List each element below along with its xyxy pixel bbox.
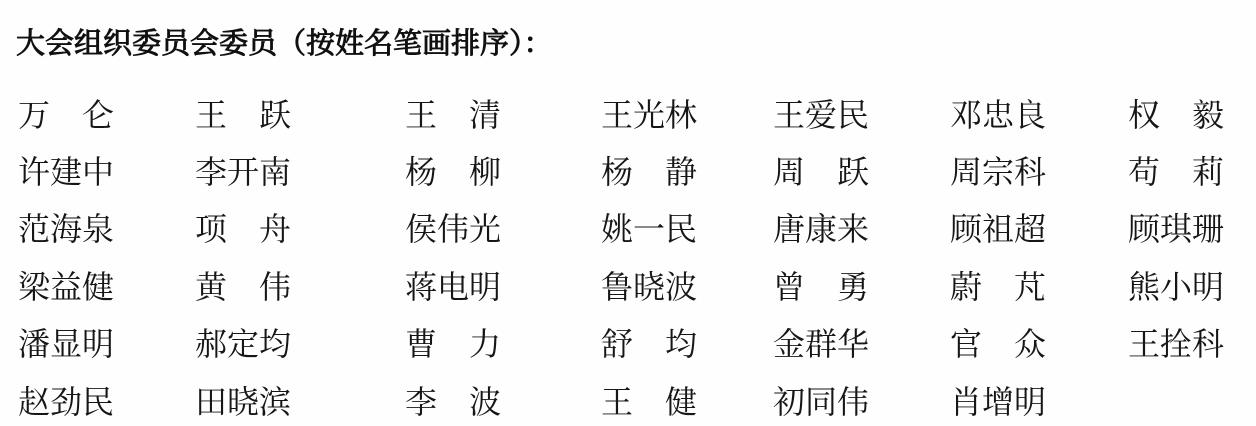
member-name: 杨 柳: [405, 156, 601, 188]
member-name: 范海泉: [18, 213, 195, 245]
member-name: 项 舟: [195, 213, 405, 245]
member-name: 杨 静: [601, 156, 773, 188]
member-name: 姚一民: [601, 213, 773, 245]
member-name: 鲁晓波: [601, 271, 773, 303]
member-name: 王拴科: [1128, 328, 1256, 360]
member-row: 潘显明 郝定均 曹 力 舒 均 金群华 官 众 王拴科: [18, 316, 1256, 373]
member-roster: 万 仑 王 跃 王 清 王光林 王爱民 邓忠良 权 毅 许建中 李开南 杨 柳 …: [18, 86, 1256, 426]
member-name: 梁益健: [18, 271, 195, 303]
member-name: 郝定均: [195, 328, 405, 360]
member-name: 侯伟光: [405, 213, 601, 245]
member-name: 初同伟: [773, 386, 950, 418]
member-name: 赵劲民: [18, 386, 195, 418]
member-name: 唐康来: [773, 213, 950, 245]
member-name: 李开南: [195, 156, 405, 188]
member-name: 李 波: [405, 386, 601, 418]
member-row: 赵劲民 田晓滨 李 波 王 健 初同伟 肖增明: [18, 373, 1256, 426]
member-name: 蒋电明: [405, 271, 601, 303]
page-title: 大会组织委员会委员（按姓名笔画排序）：: [16, 26, 553, 62]
member-name: 权 毅: [1128, 99, 1256, 131]
member-row: 万 仑 王 跃 王 清 王光林 王爱民 邓忠良 权 毅: [18, 86, 1256, 143]
member-name: 潘显明: [18, 328, 195, 360]
member-row: 范海泉 项 舟 侯伟光 姚一民 唐康来 顾祖超 顾琪珊: [18, 201, 1256, 258]
member-name: 邓忠良: [950, 99, 1128, 131]
member-name: 肖增明: [950, 386, 1128, 418]
member-name: 王爱民: [773, 99, 950, 131]
member-name: 顾祖超: [950, 213, 1128, 245]
member-name: 王 健: [601, 386, 773, 418]
document-page: 大会组织委员会委员（按姓名笔画排序）： 万 仑 王 跃 王 清 王光林 王爱民 …: [0, 0, 1256, 426]
member-name: 蔚 芃: [950, 271, 1128, 303]
member-name: 黄 伟: [195, 271, 405, 303]
member-name: 熊小明: [1128, 271, 1256, 303]
member-name: 苟 莉: [1128, 156, 1256, 188]
member-name: 万 仑: [18, 99, 195, 131]
member-name: 王 清: [405, 99, 601, 131]
member-name: 曾 勇: [773, 271, 950, 303]
member-name: 金群华: [773, 328, 950, 360]
member-name: 周 跃: [773, 156, 950, 188]
member-name: 周宗科: [950, 156, 1128, 188]
member-name: 王光林: [601, 99, 773, 131]
member-name: 田晓滨: [195, 386, 405, 418]
member-name: 官 众: [950, 328, 1128, 360]
member-row: 许建中 李开南 杨 柳 杨 静 周 跃 周宗科 苟 莉: [18, 143, 1256, 200]
member-name: 舒 均: [601, 328, 773, 360]
member-row: 梁益健 黄 伟 蒋电明 鲁晓波 曾 勇 蔚 芃 熊小明: [18, 258, 1256, 315]
member-name: 王 跃: [195, 99, 405, 131]
member-name: 曹 力: [405, 328, 601, 360]
member-name: 顾琪珊: [1128, 213, 1256, 245]
member-name: 许建中: [18, 156, 195, 188]
